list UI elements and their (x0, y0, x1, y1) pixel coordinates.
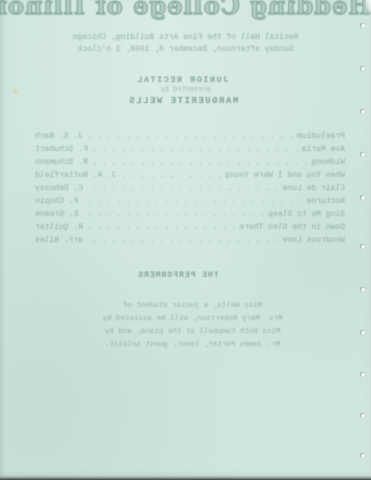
work-title: Down in the Glen There (239, 221, 345, 234)
punch-hole (360, 23, 365, 28)
performers-heading: THE PERFORMERS (0, 271, 356, 280)
performers-line: Mrs. Mary Robertson, will be assisted by (14, 313, 371, 326)
program-row: Clair de Lune C. Debussy (35, 182, 345, 195)
work-title: Clair de Lune (283, 182, 345, 195)
performers-paragraph: Miss Wells, a junior student of Mrs. Mar… (14, 300, 371, 352)
punch-hole (360, 244, 365, 249)
dot-leader (86, 130, 294, 143)
program-row: Widmung R. Schumann (35, 156, 345, 169)
performer-name: MARGUERITE WELLS (0, 96, 366, 106)
performers-line: Miss Wells, a junior student of (14, 300, 371, 313)
work-title: Nocturne (307, 195, 345, 208)
punch-hole (360, 330, 365, 335)
paper-sheet: Hedding College of Illinois Recital Hall… (0, 0, 371, 480)
dot-leader (86, 234, 280, 247)
composer-name: E. Greene (35, 208, 78, 221)
punch-hole (360, 413, 365, 418)
punch-hole (360, 372, 365, 377)
composer-name: J. S. Bach (35, 130, 83, 143)
punch-hole (360, 152, 365, 157)
composer-name: R. Quilter (35, 221, 83, 234)
composer-name: F. Schubert (35, 143, 88, 156)
dot-leader (86, 221, 236, 234)
presented-by-label: presented by (0, 86, 371, 94)
work-title: When You and I Were Young (225, 169, 345, 182)
work-title: Wondrous Love (283, 234, 345, 247)
composer-name: C. Debussy (35, 182, 83, 195)
dot-leader (120, 169, 222, 182)
recital-title: JUNIOR RECITAL (0, 75, 364, 85)
composer-name: J. A. Butterfield (35, 169, 117, 182)
dot-leader (91, 156, 309, 169)
work-title: Ave Maria (302, 143, 345, 156)
dot-leader (86, 182, 280, 195)
scan-corner-highlight (366, 0, 371, 16)
composer-name: arr. Niles (35, 234, 83, 247)
performers-line: Mr. James Porter, tenor, guest soloist. (14, 339, 371, 352)
program-row: When You and I Were Young J. A. Butterfi… (35, 169, 345, 182)
scanner-edge-shadow (0, 476, 371, 480)
work-title: Sing Me to Sleep (268, 208, 345, 221)
college-masthead: Hedding College of Illinois (0, 0, 371, 20)
program-row: Down in the Glen There R. Quilter (35, 221, 345, 234)
dot-leader (81, 208, 265, 221)
stain-mark (13, 89, 18, 93)
program-row: Ave Maria F. Schubert (35, 143, 345, 156)
work-title: Praeludium (297, 130, 345, 143)
show-through-text-layer: Hedding College of Illinois Recital Hall… (0, 0, 371, 480)
work-title: Widmung (311, 156, 345, 169)
date-line: Sunday afternoon, December 8, 1968, 3 o'… (0, 45, 371, 55)
punch-hole (360, 195, 365, 200)
venue-line: Recital Hall of the Fine Arts Building, … (0, 33, 371, 43)
performers-line: Miss Ruth Campbell at the piano, and by (14, 326, 371, 339)
composer-name: F. Chopin (35, 195, 78, 208)
punch-hole (360, 109, 365, 114)
program-row: Sing Me to Sleep E. Greene (35, 208, 345, 221)
program-row: Nocturne F. Chopin (35, 195, 345, 208)
dot-leader (81, 195, 303, 208)
scanned-page: Hedding College of Illinois Recital Hall… (0, 0, 371, 480)
punch-hole (360, 453, 365, 458)
dot-leader (91, 143, 299, 156)
composer-name: R. Schumann (35, 156, 88, 169)
program-row: Praeludium J. S. Bach (35, 130, 345, 143)
punch-hole (360, 287, 365, 292)
program-list: Praeludium J. S. Bach Ave Maria F. Schub… (35, 130, 345, 247)
punch-hole (360, 66, 365, 71)
program-row: Wondrous Love arr. Niles (35, 234, 345, 247)
